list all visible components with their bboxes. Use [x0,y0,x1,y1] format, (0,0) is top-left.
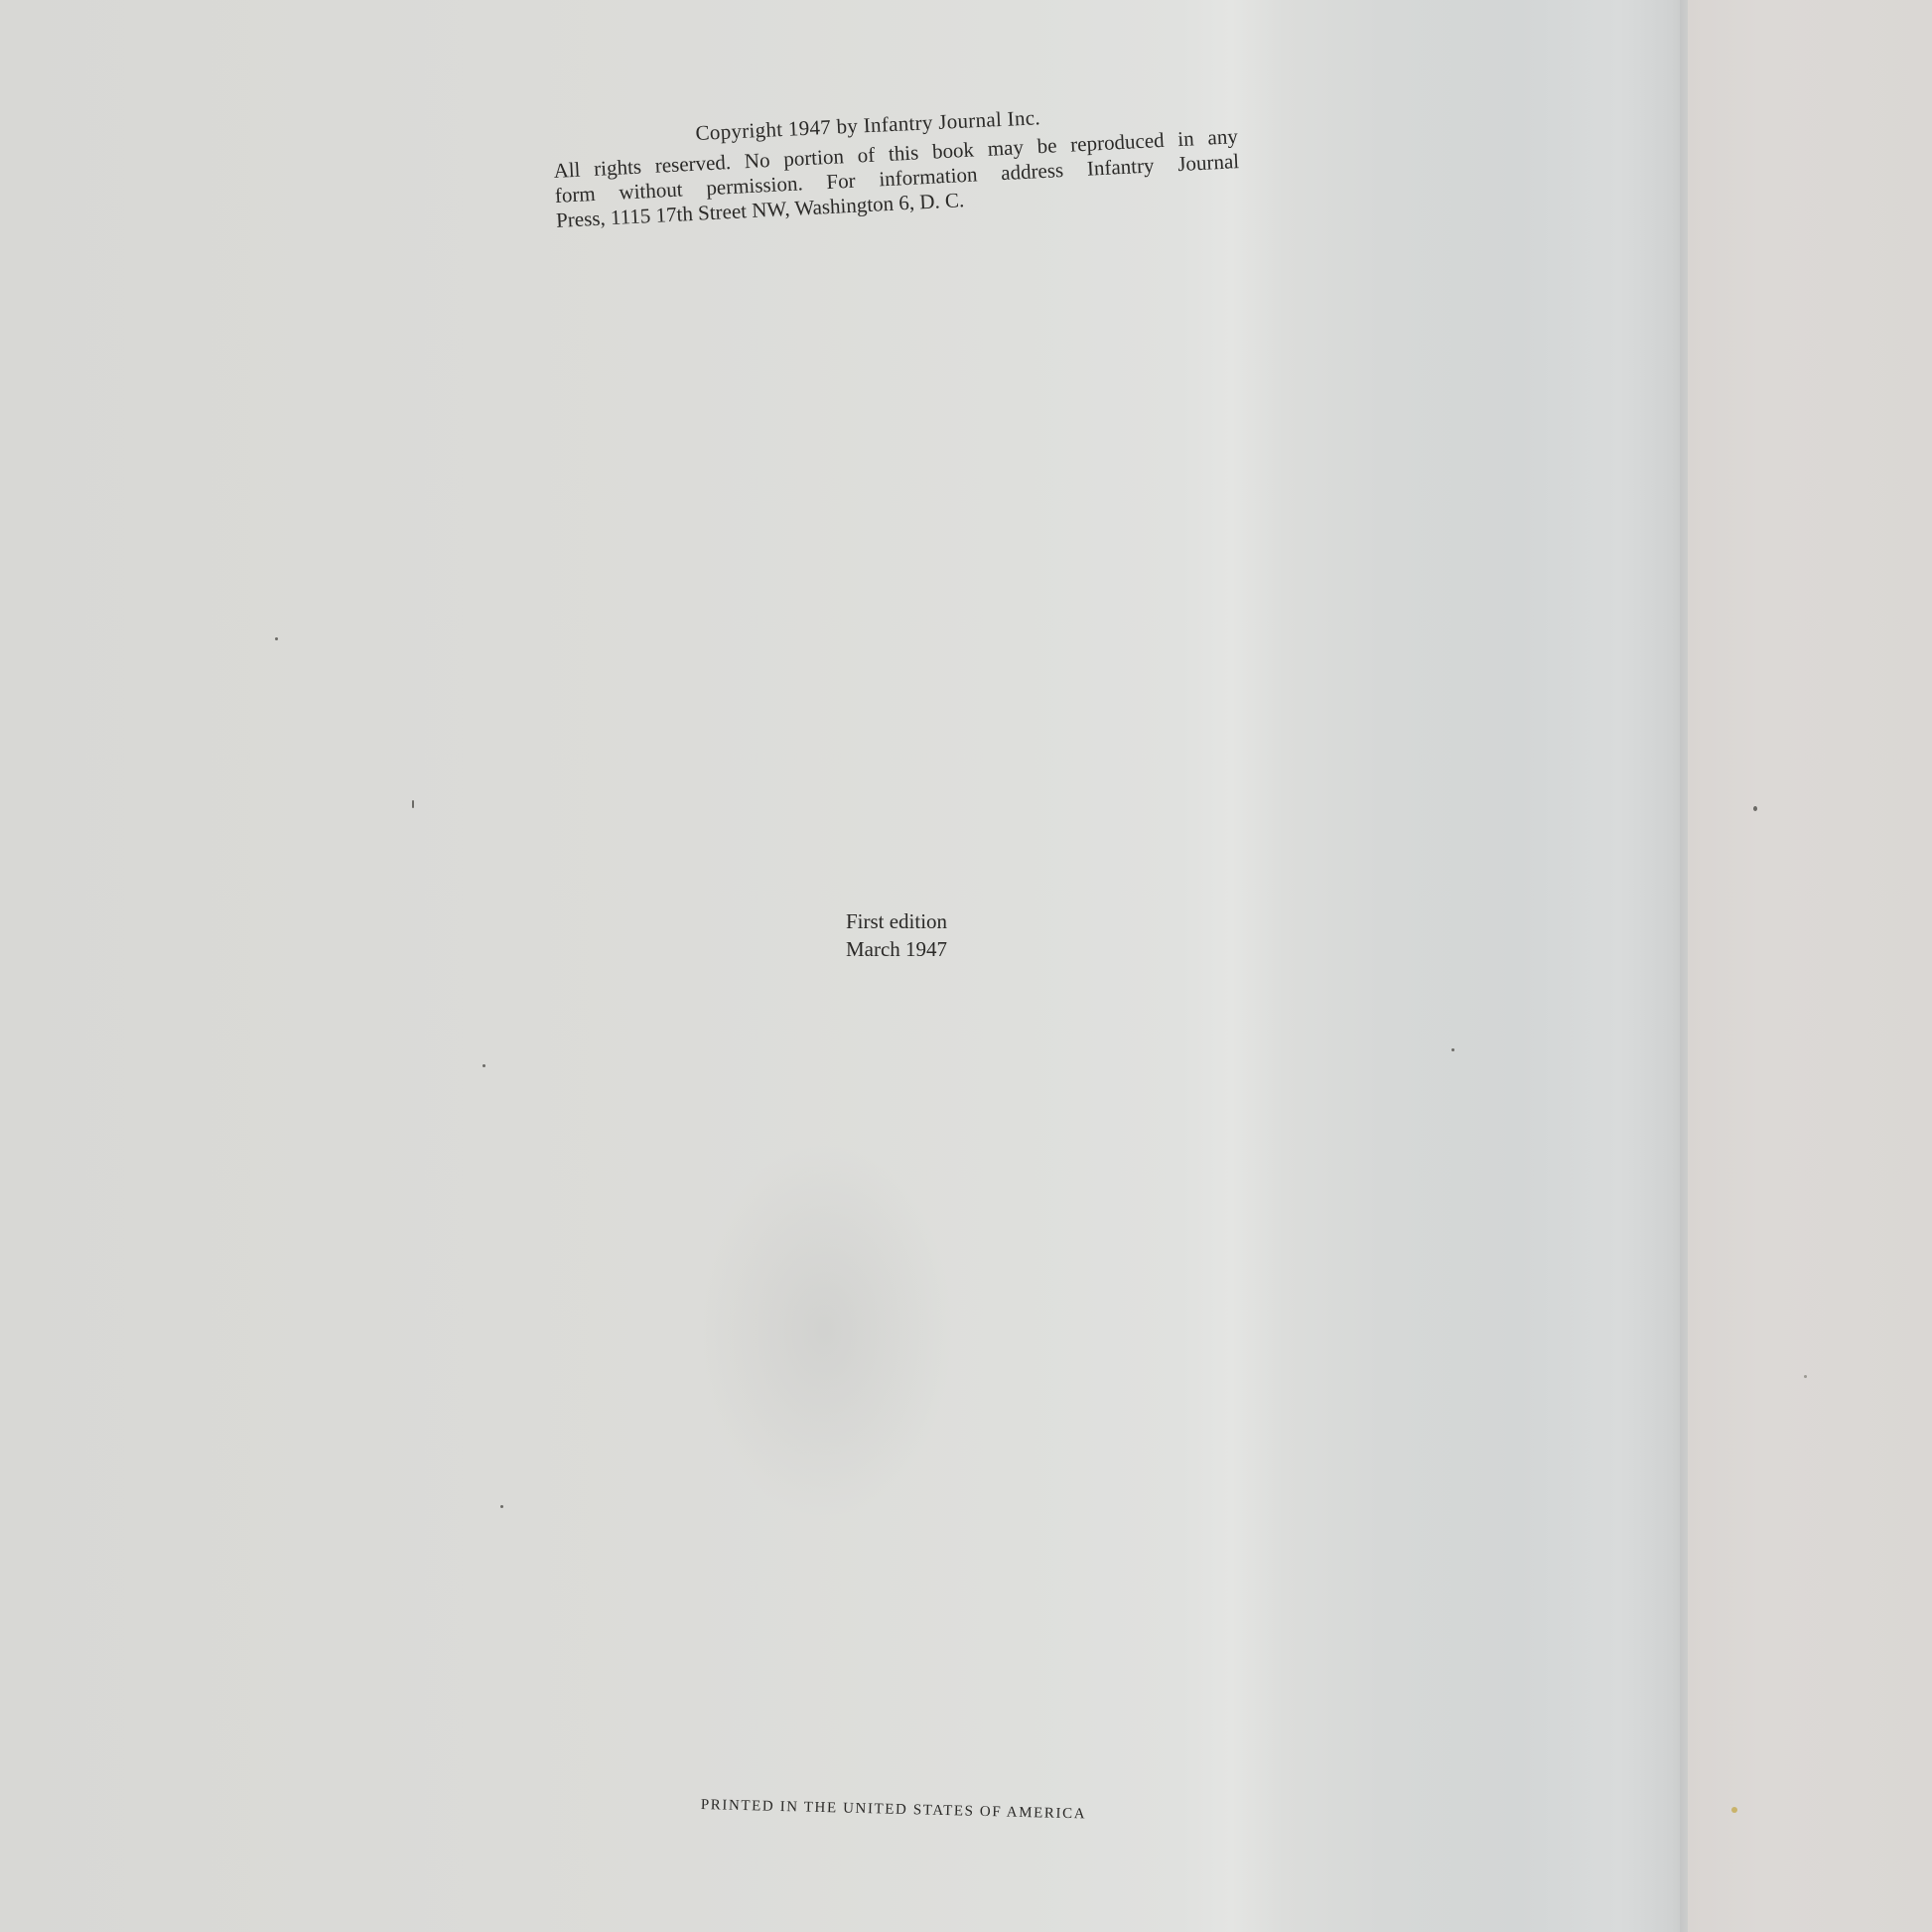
paper-speck [412,800,414,808]
printed-in-line: PRINTED IN THE UNITED STATES OF AMERICA [701,1797,1087,1823]
paper-speck [483,1064,485,1067]
page-shadow [695,1142,953,1519]
book-page: Copyright 1947 by Infantry Journal Inc. … [0,0,1688,1932]
adjacent-page [1688,0,1932,1932]
paper-speck [1804,1375,1807,1378]
paper-speck [500,1505,503,1508]
edition-info: First edition March 1947 [837,907,956,963]
edition-label: First edition [837,907,956,935]
paper-speck [1753,806,1757,811]
paper-stain [1731,1807,1737,1813]
paper-speck [275,637,278,640]
edition-date: March 1947 [837,935,956,963]
rights-paragraph: All rights reserved. No portion of this … [553,124,1241,233]
paper-speck [1451,1048,1454,1051]
